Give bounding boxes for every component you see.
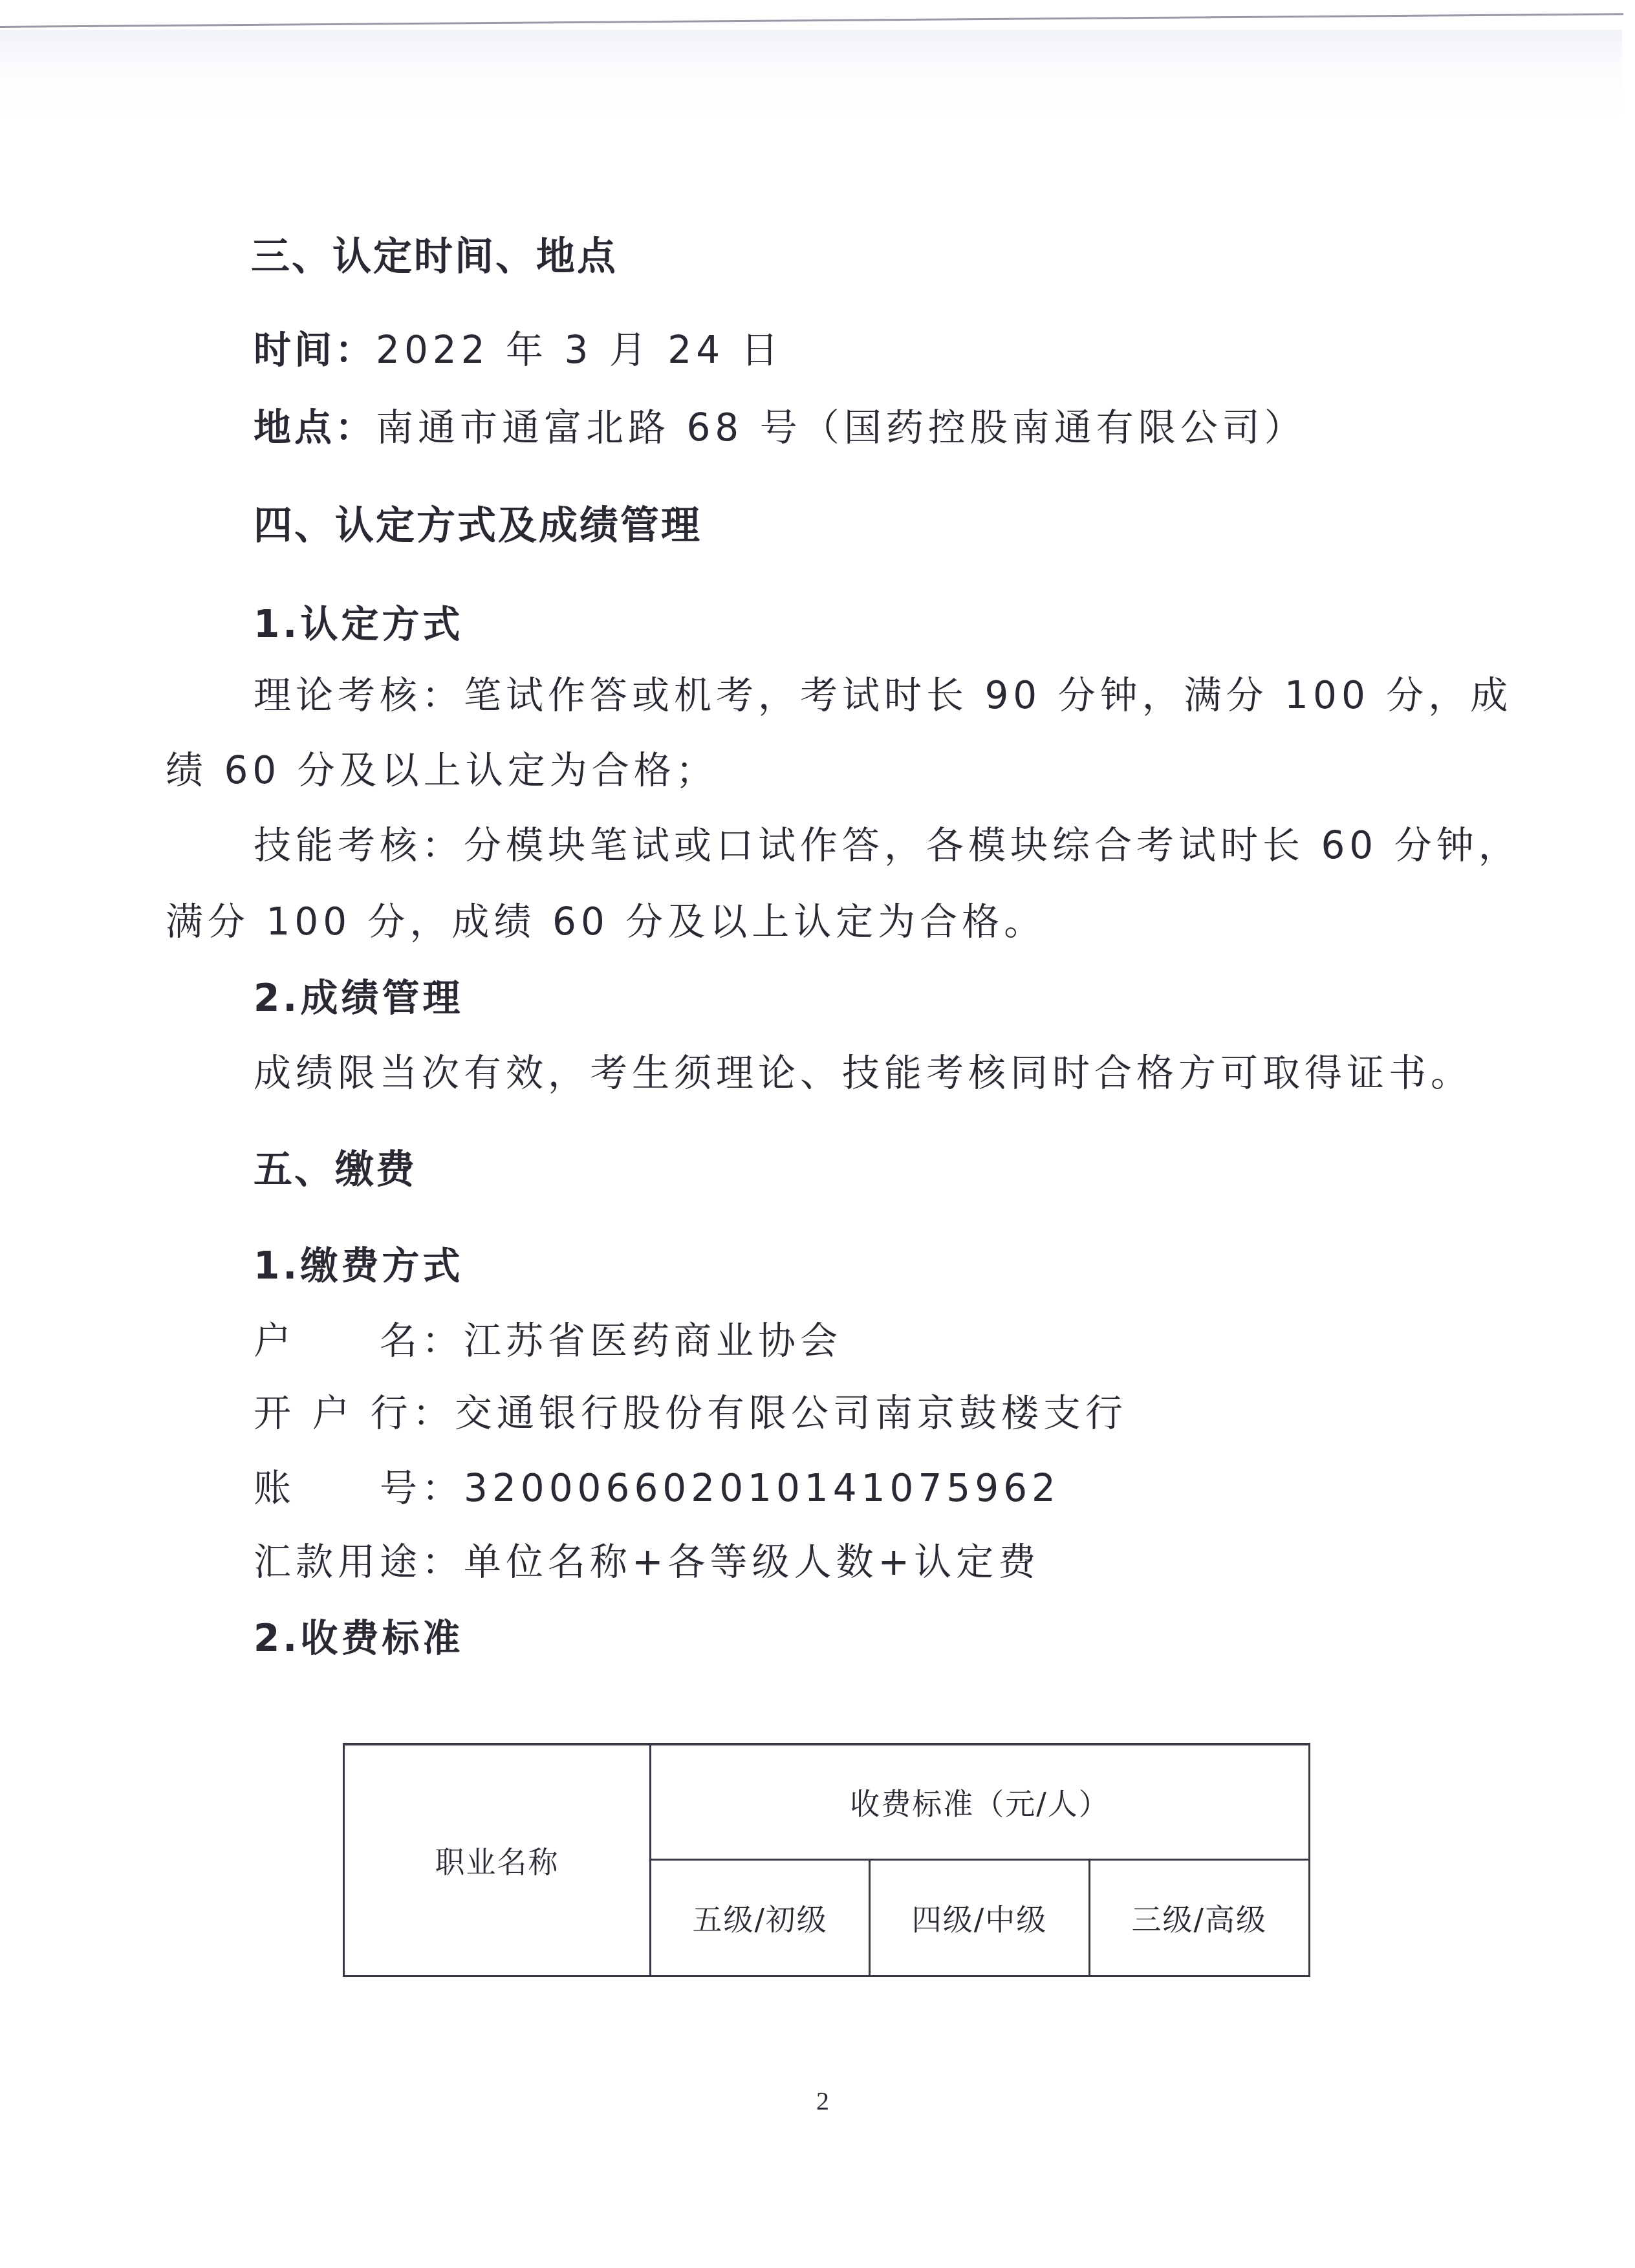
bank-row: 开 户 行：交通银行股份有限公司南京鼓楼支行 bbox=[254, 1390, 1127, 1436]
subsection-assessment-method: 1.认定方式 bbox=[254, 601, 463, 647]
remittance-purpose-row: 汇款用途：单位名称+各等级人数+认定费 bbox=[254, 1539, 1040, 1584]
account-name-row: 户 名：江苏省医药商业协会 bbox=[254, 1318, 842, 1363]
subsection-score-management: 2.成绩管理 bbox=[254, 975, 463, 1021]
theory-assessment-line-1: 理论考核：笔试作答或机考，考试时长 90 分钟，满分 100 分，成 bbox=[254, 673, 1512, 718]
skill-assessment-line-2: 满分 100 分，成绩 60 分及以上认定为合格。 bbox=[166, 899, 1046, 944]
subsection-payment-method: 1.缴费方式 bbox=[254, 1243, 463, 1288]
bank-value: 交通银行股份有限公司南京鼓楼支行 bbox=[455, 1391, 1127, 1435]
time-row: 时间：2022 年 3 月 24 日 bbox=[254, 327, 783, 373]
section-5-heading: 五、缴费 bbox=[254, 1147, 417, 1193]
remittance-purpose-label: 汇款用途： bbox=[254, 1540, 464, 1584]
page-number: 2 bbox=[816, 2086, 829, 2116]
header-level-5: 五级/初级 bbox=[650, 1859, 869, 1976]
place-label: 地点： bbox=[254, 405, 376, 449]
fee-standard-table: 职业名称 收费标准（元/人） 五级/初级 四级/中级 三级/高级 bbox=[343, 1743, 1310, 1977]
place-row: 地点：南通市通富北路 68 号（国药控股南通有限公司） bbox=[254, 405, 1306, 450]
skill-assessment-line-1: 技能考核：分模块笔试或口试作答，各模块综合考试时长 60 分钟， bbox=[254, 823, 1521, 868]
time-value: 2022 年 3 月 24 日 bbox=[376, 328, 783, 372]
score-management-text: 成绩限当次有效，考生须理论、技能考核同时合格方可取得证书。 bbox=[254, 1050, 1473, 1096]
header-occupation-name: 职业名称 bbox=[344, 1744, 651, 1976]
account-name-value: 江苏省医药商业协会 bbox=[464, 1319, 842, 1363]
account-name-label: 户 名： bbox=[254, 1319, 464, 1363]
header-level-3: 三级/高级 bbox=[1089, 1859, 1309, 1976]
place-value: 南通市通富北路 68 号（国药控股南通有限公司） bbox=[376, 405, 1306, 449]
account-number-row: 账 号：320006602010141075962 bbox=[254, 1465, 1060, 1511]
subsection-fee-standard: 2.收费标准 bbox=[254, 1615, 463, 1661]
remittance-purpose-value: 单位名称+各等级人数+认定费 bbox=[464, 1540, 1040, 1584]
header-level-4: 四级/中级 bbox=[870, 1859, 1089, 1976]
account-number-label: 账 号： bbox=[254, 1466, 464, 1510]
theory-assessment-line-2: 绩 60 分及以上认定为合格； bbox=[166, 748, 718, 793]
bank-label: 开 户 行： bbox=[254, 1391, 455, 1435]
section-3-heading: 三、认定时间、地点 bbox=[251, 234, 618, 279]
account-number-value: 320006602010141075962 bbox=[464, 1466, 1060, 1510]
section-4-heading: 四、认定方式及成绩管理 bbox=[254, 503, 702, 548]
time-label: 时间： bbox=[254, 328, 376, 372]
header-fee-standard: 收费标准（元/人） bbox=[650, 1744, 1309, 1859]
